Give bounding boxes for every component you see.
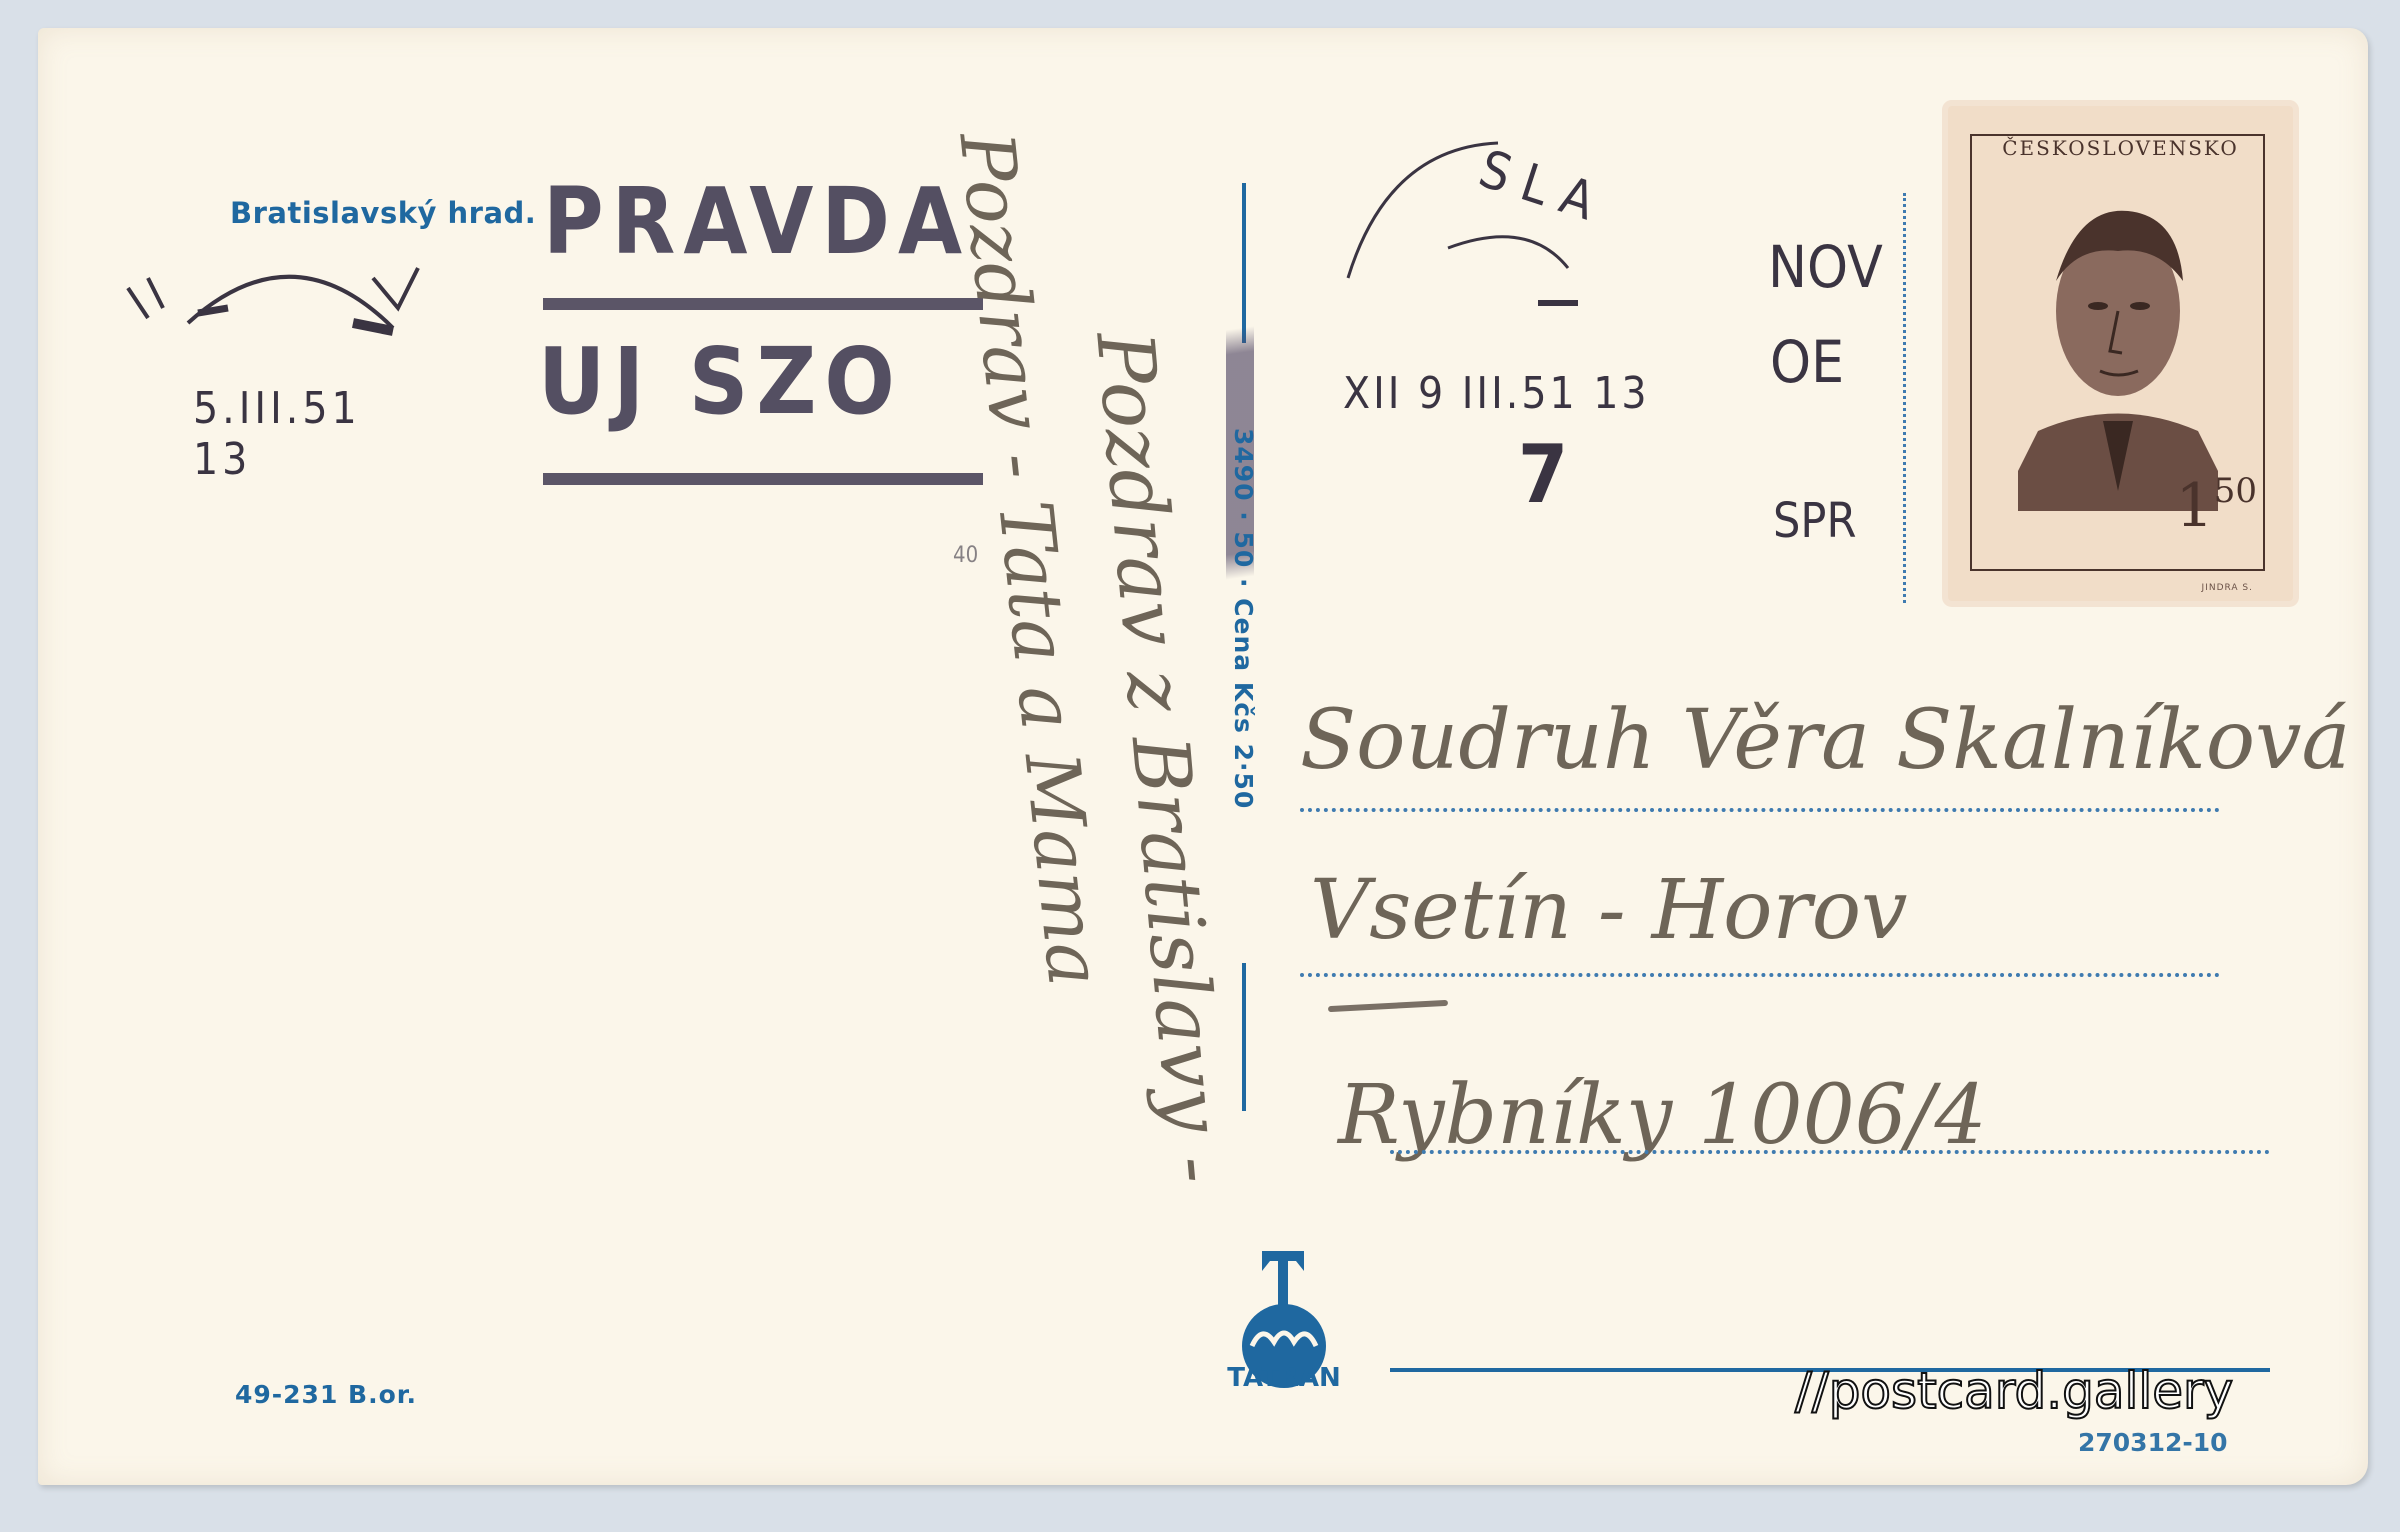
slogan-rule-2 [543, 473, 983, 485]
catalog-code: 49-231 B.or. [235, 1380, 417, 1409]
divider-bottom [1242, 963, 1246, 1111]
message-line-1: Pozdrav z Bratislavy - [1078, 328, 1242, 1187]
svg-text:TATRAN: TATRAN [1227, 1363, 1340, 1393]
right-postmark-date: XII 9 III.51 13 [1343, 368, 1650, 419]
machine-line-1: NOV [1768, 233, 1883, 301]
right-postmark: SLA XII 9 III.51 13 7 [1328, 128, 1728, 548]
stamp-value: 150 [2176, 471, 2257, 541]
address-rule-2 [1300, 973, 2220, 977]
tatran-logo-icon: TATRAN [1224, 1246, 1344, 1396]
left-postmark-date: 5.III.51 13 [193, 383, 433, 485]
left-postmark: 5.III.51 13 [93, 218, 433, 418]
divider-top [1242, 183, 1246, 343]
stamp-country: ČESKOSLOVENSKO [1972, 136, 2269, 160]
address-line-1: Soudruh Věra Skalníková [1300, 693, 2350, 788]
stamp-placement-box [1903, 193, 1906, 603]
watermark: //postcard.gallery [1795, 1362, 2233, 1420]
slogan-line-2: UJ SZO [538, 328, 903, 435]
machine-line-3: SPR [1773, 493, 1856, 549]
postcard-back: Bratislavský hrad. 49-231 B.or. 5.III.51… [38, 28, 2368, 1485]
slogan-fragment: 40 [953, 543, 978, 568]
postage-stamp: ČESKOSLOVENSKO 150 JINDRA S. [1948, 106, 2293, 601]
slogan-line-1: PRAVDA [543, 168, 970, 275]
portrait-icon [2018, 201, 2218, 511]
stamp-engraver: JINDRA S. [2202, 583, 2253, 593]
machine-line-2: OE [1770, 328, 1844, 396]
divider-text: 3490 · 50 · Cena Kčs 2·50 [1230, 428, 1260, 928]
address-rule-3 [1390, 1150, 2270, 1154]
address-line-2: Vsetín - Horov [1310, 863, 1907, 958]
slogan-rule-1 [543, 298, 983, 310]
address-rule-1 [1300, 808, 2220, 812]
address-line-3: Rybníky 1006/4 [1338, 1068, 1987, 1163]
underline-stroke [1328, 1000, 1448, 1012]
right-postmark-number: 7 [1518, 428, 1568, 521]
serial-number: 270312-10 [2078, 1428, 2228, 1457]
tatran-logo: TATRAN [1224, 1246, 1344, 1396]
